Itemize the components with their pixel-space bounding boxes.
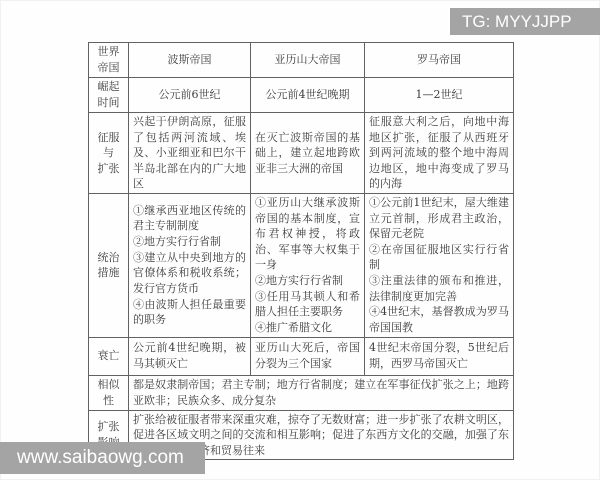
table-row-rise-time: 崛起 时间 公元前6世纪 公元前4世纪晚期 1—2世纪 (89, 78, 514, 113)
column-header-roman-empire: 罗马帝国 (365, 43, 514, 78)
cell-governance-roman: ①公元前1世纪末，屋大维建立元首制，形成君主政治，保留元老院 ②在帝国征服地区实… (365, 194, 514, 337)
column-header-persian-empire: 波斯帝国 (129, 43, 251, 78)
column-header-alexander-empire: 亚历山大帝国 (251, 43, 365, 78)
cell-decline-alexander: 亚历山大死后，帝国分裂为三个国家 (251, 337, 365, 375)
table-header-row: 世界 帝国 波斯帝国 亚历山大帝国 罗马帝国 (89, 43, 514, 78)
watermark-bottom-left: www.saibaowg.com (0, 442, 205, 474)
cell-similarities: 都是奴隶制帝国；君主专制；地方行省制度；建立在军事征伐扩张之上；地跨亚欧非；民族… (129, 375, 514, 410)
watermark-top-right: TG: MYYJJPP (450, 8, 600, 35)
cell-decline-roman: 4世纪末帝国分裂，5世纪后期，西罗马帝国灭亡 (365, 337, 514, 375)
table-row-governance-measures: 统治 措施 ①继承西亚地区传统的君主专制制度 ②地方实行行省制 ③建立从中央到地… (89, 194, 514, 337)
watermark-top-right-text: TG: MYYJJPP (462, 12, 572, 31)
row-label-conquest-expansion: 征服与 扩张 (89, 113, 129, 194)
row-label-similarities: 相似性 (89, 375, 129, 410)
row-label-rise-time: 崛起 时间 (89, 78, 129, 113)
scanned-document-page: TG: MYYJJPP 世界 帝国 波斯帝国 亚历山大帝国 罗马帝国 崛起 时间… (0, 0, 600, 480)
row-label-decline: 衰亡 (89, 337, 129, 375)
watermark-bottom-left-text: www.saibaowg.com (17, 447, 184, 468)
table-row-decline: 衰亡 公元前4世纪晚期，被马其顿灭亡 亚历山大死后，帝国分裂为三个国家 4世纪末… (89, 337, 514, 375)
cell-rise-time-roman: 1—2世纪 (365, 78, 514, 113)
cell-governance-persian: ①继承西亚地区传统的君主专制制度 ②地方实行行省制 ③建立从中央到地方的官僚体系… (129, 194, 251, 337)
cell-conquest-persian: 兴起于伊朗高原，征服了包括两河流域、埃及、小亚细亚和巴尔干半岛北部在内的广大地区 (129, 113, 251, 194)
cell-conquest-alexander: 在灭亡波斯帝国的基础上，建立起地跨欧亚非三大洲的帝国 (251, 113, 365, 194)
cell-decline-persian: 公元前4世纪晚期，被马其顿灭亡 (129, 337, 251, 375)
row-label-governance-measures: 统治 措施 (89, 194, 129, 337)
cell-conquest-roman: 征服意大利之后，向地中海地区扩张，征服了从西班牙到两河流域的整个地中海周边地区，… (365, 113, 514, 194)
table-row-conquest-expansion: 征服与 扩张 兴起于伊朗高原，征服了包括两河流域、埃及、小亚细亚和巴尔干半岛北部… (89, 113, 514, 194)
empires-comparison-table: 世界 帝国 波斯帝国 亚历山大帝国 罗马帝国 崛起 时间 公元前6世纪 公元前4… (88, 42, 514, 460)
table-row-similarities: 相似性 都是奴隶制帝国；君主专制；地方行省制度；建立在军事征伐扩张之上；地跨亚欧… (89, 375, 514, 410)
corner-header-cell: 世界 帝国 (89, 43, 129, 78)
cell-rise-time-alexander: 公元前4世纪晚期 (251, 78, 365, 113)
cell-governance-alexander: ①亚历山大继承波斯帝国的基本制度，宣布君权神授，将政治、军事等大权集于一身 ②地… (251, 194, 365, 337)
cell-rise-time-persian: 公元前6世纪 (129, 78, 251, 113)
